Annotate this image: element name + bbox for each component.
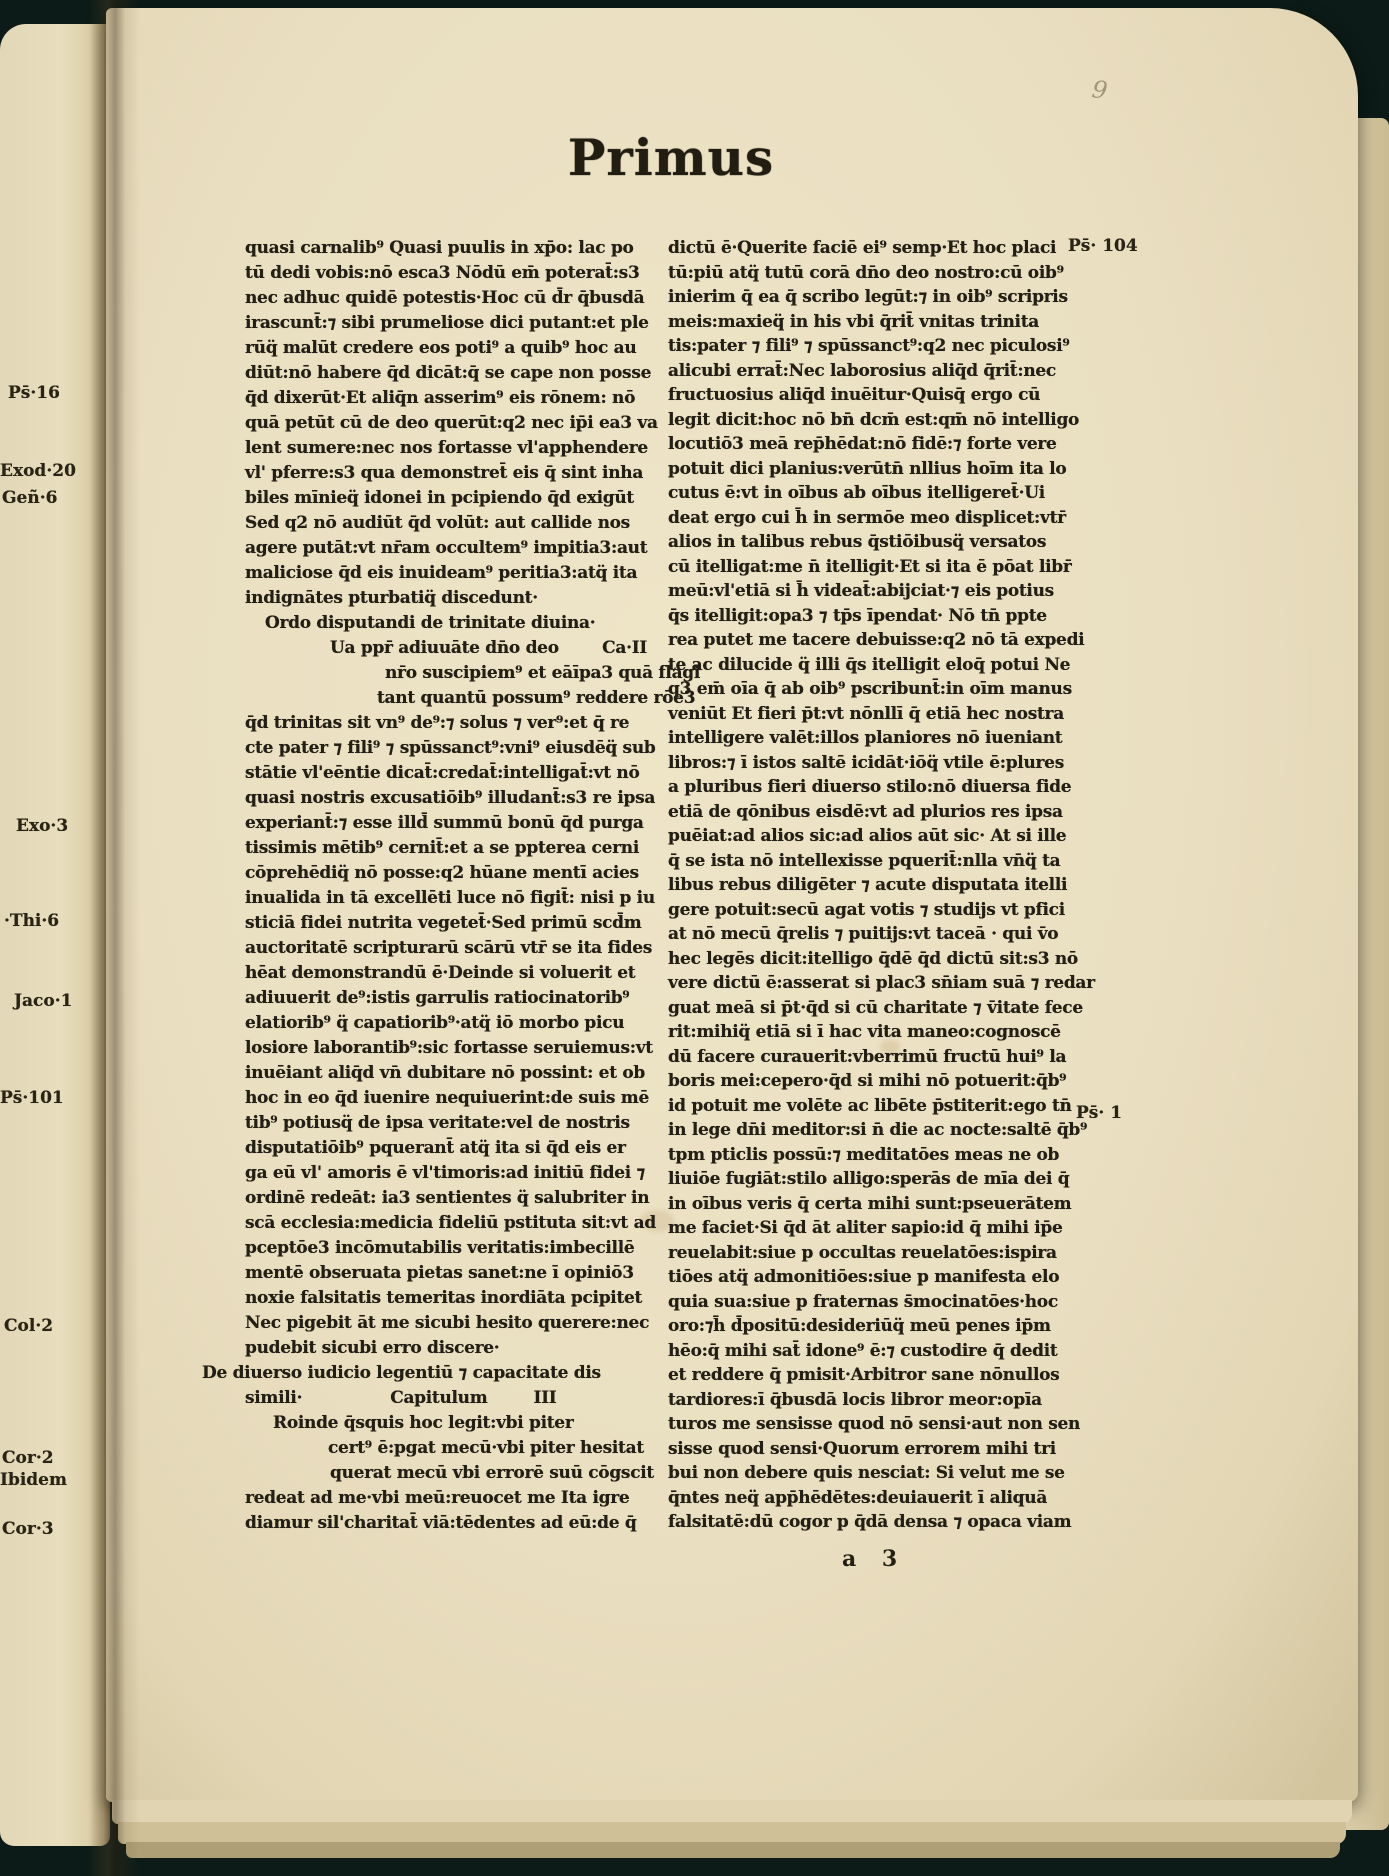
text-line: quasi carnalib⁹ Quasi puulis in xp̄o: la… <box>245 238 647 263</box>
line-text: adiuuerit de⁹:istis garrulis ratiocinato… <box>245 988 629 1008</box>
text-line: in lege dn̄i meditor:si n̄ die ac nocte:… <box>668 1120 1070 1145</box>
line-text: deat ergo cui h̄ in sermōe meo displicet… <box>668 508 1066 528</box>
text-line: Nec pigebit āt me sicubi hesito querere:… <box>245 1313 647 1338</box>
text-line: inuēiant aliq̄d vn̄ dubitare nō possint:… <box>245 1063 647 1088</box>
line-text: hec legēs dicit:itelligo q̄dē q̄d dictū … <box>668 949 1078 969</box>
text-line: hec legēs dicit:itelligo q̄dē q̄d dictū … <box>668 949 1070 974</box>
margin-citation: Cor·2 <box>2 1448 54 1468</box>
text-line: sticiā fidei nutrita vegetet̄·Sed primū … <box>245 913 647 938</box>
text-line: tib⁹ potiusq̈ de ipsa veritate:vel de no… <box>245 1113 647 1138</box>
line-text: oro:⁊h̄ d̄positū:desideriūq̈ meū penes i… <box>668 1316 1051 1336</box>
line-text: intelligere valēt:illos planiores nō iue… <box>668 728 1062 748</box>
scanned-book-page: Primus 9 quasi carnalib⁹ Quasi puulis in… <box>0 0 1389 1876</box>
line-text: q̄d dixerūt·Et aliq̄n asserim⁹ eis rōnem… <box>245 388 635 408</box>
text-line: fructuosius aliq̄d inuēitur·Quisq̄ ergo … <box>668 385 1070 410</box>
line-text: ordinē redeāt: ia3 sentientes q̈ salubri… <box>245 1188 649 1208</box>
margin-citation: Col·2 <box>4 1316 53 1336</box>
line-text: Sed q2 nō audiūt q̄d volūt: aut callide … <box>245 513 630 533</box>
line-text: biles mīnieq̈ idonei in pcipiendo q̄d ex… <box>245 488 634 508</box>
text-line: reuelabit:siue p occultas reuelatōes:isp… <box>668 1243 1070 1268</box>
line-text: dictū ē·Querite faciē ei⁹ semp·Et hoc pl… <box>668 238 1056 258</box>
line-text: boris mei:cepero·q̄d si mihi nō potuerit… <box>668 1071 1066 1091</box>
page-edge-stack <box>126 1842 1340 1858</box>
margin-citation: Ps̄· 1 <box>1076 1103 1122 1123</box>
line-text: q̄d trinitas sit vn⁹ de⁹:⁊ solus ⁊ ver⁹:… <box>245 713 629 733</box>
line-text: legit dicit:hoc nō bn̄ dcm̄ est:qm̄ nō i… <box>668 410 1079 430</box>
text-line: etiā de qōnibus eisdē:vt ad plurios res … <box>668 802 1070 827</box>
line-text: inierim q̄ ea q̄ scribo legūt:⁊ in oib⁹ … <box>668 287 1068 307</box>
text-line: De diuerso iudicio legentiū ⁊ capacitate… <box>202 1363 647 1388</box>
line-text: tū dedi vobis:nō esca3 Nōdū em̄ poterat̄… <box>245 263 639 283</box>
text-line: libros:⁊ ī istos saltē icidāt·iōq̈ vtile… <box>668 753 1070 778</box>
text-line: puēiat:ad alios sic:ad alios aūt sic· At… <box>668 826 1070 851</box>
text-line: experiant̄:⁊ esse illd̄ summū bonū q̄d p… <box>245 813 647 838</box>
line-text: pceptōe3 incōmutabilis veritatis:imbecil… <box>245 1238 634 1258</box>
line-text: cōprehēdiq̈ nō posse:q2 hūane mentī acie… <box>245 863 639 883</box>
line-text: libus rebus diligēter ⁊ acute disputata … <box>668 875 1067 895</box>
text-line: biles mīnieq̈ idonei in pcipiendo q̄d ex… <box>245 488 647 513</box>
line-text: vere dictū ē:asserat si plac3 sn̄iam suā… <box>668 973 1095 993</box>
text-line: oro:⁊h̄ d̄positū:desideriūq̈ meū penes i… <box>668 1316 1070 1341</box>
line-text: potuit dici planius:verūtn̄ nllius hoīm … <box>668 459 1066 479</box>
text-line: me faciet·Si q̄d āt aliter sapio:id q̄ m… <box>668 1218 1070 1243</box>
text-line: diamur sil'charitat̄ viā:tēdentes ad eū:… <box>245 1513 647 1538</box>
text-line: falsitatē:dū cogor p q̄dā densa ⁊ opaca … <box>668 1512 1070 1537</box>
text-line: te ac dilucide q̈ illi q̄s itelligit elo… <box>668 655 1070 680</box>
text-line: hoc in eo q̄d iuenire nequiuerint:de sui… <box>245 1088 647 1113</box>
text-line: a pluribus fieri diuerso stilo:nō diuers… <box>668 777 1070 802</box>
text-line: q̄ se ista nō intellexisse pquerit̄:nlla… <box>668 851 1070 876</box>
text-line: cōprehēdiq̈ nō posse:q2 hūane mentī acie… <box>245 863 647 888</box>
line-text: maliciose q̄d eis inuideam⁹ peritia3:atq… <box>245 563 637 583</box>
text-line: tū:piū atq̈ tutū corā dn̄o deo nostro:cū… <box>668 263 1070 288</box>
text-line: tissimis mētib⁹ cernit̄:et a se ppterea … <box>245 838 647 863</box>
text-line: pceptōe3 incōmutabilis veritatis:imbecil… <box>245 1238 647 1263</box>
line-text: losiore laborantib⁹:sic fortasse seruiem… <box>245 1038 653 1058</box>
line-text: scā ecclesia:medicia fideliū pstituta si… <box>245 1213 656 1233</box>
text-line: stātie vl'eēntie dicat̄:credat̄:intellig… <box>245 763 647 788</box>
line-text: experiant̄:⁊ esse illd̄ summū bonū q̄d p… <box>245 813 644 833</box>
line-text: tardiores:ī q̄busdā locis libror meor:op… <box>668 1390 1042 1410</box>
text-line: Roinde q̄squis hoc legit:vbi piter <box>273 1413 647 1438</box>
line-text: lent sumere:nec nos fortasse vl'apphende… <box>245 438 648 458</box>
line-text: Ordo disputandi de trinitate diuina· <box>265 613 595 633</box>
text-line: turos me sensisse quod nō sensi·aut non … <box>668 1414 1070 1439</box>
text-line: auctoritatē scripturarū scārū vtr̄ se it… <box>245 938 647 963</box>
line-text: at nō mecū q̄relis ⁊ puitijs:vt taceā · … <box>668 924 1058 944</box>
text-line: rea putet me tacere debuisse:q2 nō tā ex… <box>668 630 1070 655</box>
line-text: hoc in eo q̄d iuenire nequiuerint:de sui… <box>245 1088 649 1108</box>
text-line: irascunt̄:⁊ sibi prumeliose dici putant:… <box>245 313 647 338</box>
text-line: ga eū vl' amoris ē vl'timoris:ad initiū … <box>245 1163 647 1188</box>
text-line: Ua ppr̄ adiuuāte dn̄o deoCa·II <box>330 638 647 663</box>
line-text: rūq̈ malūt credere eos poti⁹ a quib⁹ hoc… <box>245 338 636 358</box>
text-line: intelligere valēt:illos planiores nō iue… <box>668 728 1070 753</box>
left-text-column: quasi carnalib⁹ Quasi puulis in xp̄o: la… <box>245 238 647 1538</box>
line-text: rea putet me tacere debuisse:q2 nō tā ex… <box>668 630 1084 650</box>
page-edge-stack <box>112 1800 1352 1824</box>
line-text: inuēiant aliq̄d vn̄ dubitare nō possint:… <box>245 1063 645 1083</box>
line-text: alios in talibus rebus q̄stiōibusq̈ vers… <box>668 532 1046 552</box>
line-text: guat meā si p̄t·q̄d si cū charitate ⁊ v̄… <box>668 998 1083 1018</box>
line-text: sisse quod sensi·Quorum errorem mihi tri <box>668 1439 1056 1459</box>
line-text: tant quantū possum⁹ reddere rōe3 <box>377 688 695 708</box>
line-text: tissimis mētib⁹ cernit̄:et a se ppterea … <box>245 838 639 858</box>
line-text: falsitatē:dū cogor p q̄dā densa ⁊ opaca … <box>668 1512 1071 1532</box>
line-text: reuelabit:siue p occultas reuelatōes:isp… <box>668 1243 1057 1263</box>
line-text: ga eū vl' amoris ē vl'timoris:ad initiū … <box>245 1163 645 1183</box>
margin-citation: Ps̄·16 <box>8 383 60 403</box>
text-line: lent sumere:nec nos fortasse vl'apphende… <box>245 438 647 463</box>
text-line: ordinē redeāt: ia3 sentientes q̈ salubri… <box>245 1188 647 1213</box>
text-line: meū:vl'etiā si h̄ videat̄:abijciat·⁊ eis… <box>668 581 1070 606</box>
line-text: meū:vl'etiā si h̄ videat̄:abijciat·⁊ eis… <box>668 581 1054 601</box>
line-text: rit:mihiq̈ etiā si ī hac vita maneo:cogn… <box>668 1022 1061 1042</box>
line-text: q3 em̄ oīa q̄ ab oib⁹ pscribunt̄:in oīm … <box>668 679 1072 699</box>
text-line: libus rebus diligēter ⁊ acute disputata … <box>668 875 1070 900</box>
text-line: quasi nostris excusatiōib⁹ illudant̄:s3 … <box>245 788 647 813</box>
text-line: q̄d dixerūt·Et aliq̄n asserim⁹ eis rōnem… <box>245 388 647 413</box>
line-text: redeat ad me·vbi meū:reuocet me Ita igre <box>245 1488 629 1508</box>
gutter-shadow <box>88 0 140 1876</box>
text-line: bui non debere quis nesciat: Si velut me… <box>668 1463 1070 1488</box>
text-line: nr̄o suscipiem⁹ et eāīpa3 quā flagi <box>385 663 647 688</box>
page-edge-stack <box>118 1822 1346 1844</box>
text-line: sisse quod sensi·Quorum errorem mihi tri <box>668 1439 1070 1464</box>
text-line: potuit dici planius:verūtn̄ nllius hoīm … <box>668 459 1070 484</box>
text-line: tis:pater ⁊ fili⁹ ⁊ spūssanct⁹:q2 nec pi… <box>668 336 1070 361</box>
text-line: indignātes pturbatiq̈ discedunt· <box>245 588 647 613</box>
margin-citation: Ps̄·101 <box>0 1088 64 1108</box>
text-line: cutus ē:vt in oībus ab oībus itelligeret… <box>668 483 1070 508</box>
line-text: cte pater ⁊ fili⁹ ⁊ spūssanct⁹:vni⁹ eius… <box>245 738 655 758</box>
text-line: querat mecū vbi errorē suū cōgscit <box>330 1463 647 1488</box>
line-text: irascunt̄:⁊ sibi prumeliose dici putant:… <box>245 313 649 333</box>
text-line: alios in talibus rebus q̄stiōibusq̈ vers… <box>668 532 1070 557</box>
text-line: et reddere q̄ pmisit·Arbitror sane nōnul… <box>668 1365 1070 1390</box>
text-line: q̄ntes neq̈ app̄hēdētes:deuiauerit ī ali… <box>668 1488 1070 1513</box>
text-line: cū itelligat:me n̄ itelligit·Et si ita ē… <box>668 557 1070 582</box>
line-text: De diuerso iudicio legentiū ⁊ capacitate… <box>202 1363 601 1383</box>
text-line: elatiorib⁹ q̈ capatiorib⁹·atq̈ iō morbo … <box>245 1013 647 1038</box>
line-text: q̄ se ista nō intellexisse pquerit̄:nlla… <box>668 851 1060 871</box>
line-text: me faciet·Si q̄d āt aliter sapio:id q̄ m… <box>668 1218 1063 1238</box>
line-text: Roinde q̄squis hoc legit:vbi piter <box>273 1413 573 1433</box>
line-text: in lege dn̄i meditor:si n̄ die ac nocte:… <box>668 1120 1087 1140</box>
line-text: hēo:q̄ mihi sat̄ idone⁹ ē:⁊ custodire q̄… <box>668 1341 1057 1361</box>
line-text: disputatiōib⁹ pquerant̄ atq̈ ita si q̄d … <box>245 1138 626 1158</box>
line-text: dū facere curauerit:vberrimū fructū hui⁹… <box>668 1047 1066 1067</box>
text-line: q̄d trinitas sit vn⁹ de⁹:⁊ solus ⁊ ver⁹:… <box>245 713 647 738</box>
text-line: guat meā si p̄t·q̄d si cū charitate ⁊ v̄… <box>668 998 1070 1023</box>
line-text: cert⁹ ē:pgat mecū·vbi piter hesitat <box>328 1438 644 1458</box>
line-text: locutiō3 meā rep̄hēdat:nō fidē:⁊ forte v… <box>668 434 1057 454</box>
line-text: veniūt Et fieri p̄t:vt nōnllī q̄ etiā he… <box>668 704 1064 724</box>
line-text: puēiat:ad alios sic:ad alios aūt sic· At… <box>668 826 1066 846</box>
margin-citation: Ibidem <box>0 1470 67 1490</box>
text-line: veniūt Et fieri p̄t:vt nōnllī q̄ etiā he… <box>668 704 1070 729</box>
text-line: rūq̈ malūt credere eos poti⁹ a quib⁹ hoc… <box>245 338 647 363</box>
line-text: agere putāt:vt nr̄am occultem⁹ impitia3:… <box>245 538 647 558</box>
signature-mark: a 3 <box>842 1546 906 1572</box>
text-line: vl' pferre:s3 qua demonstret̄ eis q̄ sin… <box>245 463 647 488</box>
line-text: bui non debere quis nesciat: Si velut me… <box>668 1463 1065 1483</box>
text-line: legit dicit:hoc nō bn̄ dcm̄ est:qm̄ nō i… <box>668 410 1070 435</box>
text-line: agere putāt:vt nr̄am occultem⁹ impitia3:… <box>245 538 647 563</box>
line-text: tiōes atq̈ admonitiōes:siue p manifesta … <box>668 1267 1059 1287</box>
text-line: quia sua:siue p fraternas s̄mocinatōes·h… <box>668 1292 1070 1317</box>
line-text: tis:pater ⁊ fili⁹ ⁊ spūssanct⁹:q2 nec pi… <box>668 336 1070 356</box>
line-text: nec adhuc quidē potestis·Hoc cū d̄r q̄bu… <box>245 288 644 308</box>
text-line: Ordo disputandi de trinitate diuina· <box>265 613 647 638</box>
text-line: maliciose q̄d eis inuideam⁹ peritia3:atq… <box>245 563 647 588</box>
line-text: alicubi errat̄:Nec laborosius aliq̄d q̄r… <box>668 361 1056 381</box>
margin-citation: Ps̄· 104 <box>1068 236 1138 256</box>
running-title: Primus <box>566 128 776 187</box>
text-line: inualida in tā excellēti luce nō figit̄:… <box>245 888 647 913</box>
margin-citation: Exod·20 <box>0 461 76 481</box>
line-text: querat mecū vbi errorē suū cōgscit <box>330 1463 654 1483</box>
text-line: pudebit sicubi erro discere· <box>245 1338 647 1363</box>
line-text: tū:piū atq̈ tutū corā dn̄o deo nostro:cū… <box>668 263 1064 283</box>
text-line: redeat ad me·vbi meū:reuocet me Ita igre <box>245 1488 647 1513</box>
text-line: rit:mihiq̈ etiā si ī hac vita maneo:cogn… <box>668 1022 1070 1047</box>
line-text: a pluribus fieri diuerso stilo:nō diuers… <box>668 777 1071 797</box>
right-text-column: dictū ē·Querite faciē ei⁹ semp·Et hoc pl… <box>668 238 1070 1537</box>
line-text: diūt:nō habere q̄d dicāt:q̄ se cape non … <box>245 363 651 383</box>
heading-part: III <box>533 1388 556 1413</box>
heading-part: Capitulum <box>390 1388 487 1413</box>
text-line: inierim q̄ ea q̄ scribo legūt:⁊ in oib⁹ … <box>668 287 1070 312</box>
line-text: etiā de qōnibus eisdē:vt ad plurios res … <box>668 802 1063 822</box>
text-line: nec adhuc quidē potestis·Hoc cū d̄r q̄bu… <box>245 288 647 313</box>
text-line: tardiores:ī q̄busdā locis libror meor:op… <box>668 1390 1070 1415</box>
line-text: cutus ē:vt in oībus ab oībus itelligeret… <box>668 483 1045 503</box>
line-text: id potuit me volēte ac libēte p̄stiterit… <box>668 1096 1072 1116</box>
text-line: vere dictū ē:asserat si plac3 sn̄iam suā… <box>668 973 1070 998</box>
text-line: hēat demonstrandū ē·Deinde si voluerit e… <box>245 963 647 988</box>
text-line: q̄s itelligit:opa3 ⁊ tp̄s īpendat· Nō tn… <box>668 606 1070 631</box>
line-text: in oībus veris q̄ certa mihi sunt:pseuer… <box>668 1194 1071 1214</box>
line-text: inualida in tā excellēti luce nō figit̄:… <box>245 888 655 908</box>
text-line: liuiōe fugiāt:stilo alligo:sperās de mīa… <box>668 1169 1070 1194</box>
line-text: quia sua:siue p fraternas s̄mocinatōes·h… <box>668 1292 1058 1312</box>
line-text: q̄s itelligit:opa3 ⁊ tp̄s īpendat· Nō tn… <box>668 606 1047 626</box>
margin-citation: ·Thi·6 <box>4 911 59 931</box>
text-line: cert⁹ ē:pgat mecū·vbi piter hesitat <box>328 1438 647 1463</box>
chapter-label: Ca·II <box>602 638 647 663</box>
text-line: noxie falsitatis temeritas inordiāta pci… <box>245 1288 647 1313</box>
margin-citation: Exo·3 <box>16 816 68 836</box>
line-text: noxie falsitatis temeritas inordiāta pci… <box>245 1288 642 1308</box>
text-line: boris mei:cepero·q̄d si mihi nō potuerit… <box>668 1071 1070 1096</box>
text-line: disputatiōib⁹ pquerant̄ atq̈ ita si q̄d … <box>245 1138 647 1163</box>
line-text: pudebit sicubi erro discere· <box>245 1338 499 1358</box>
text-line: diūt:nō habere q̄d dicāt:q̄ se cape non … <box>245 363 647 388</box>
text-line: meis:maxieq̈ in his vbi q̄rit̄ vnitas tr… <box>668 312 1070 337</box>
text-line: mentē obseruata pietas sanet:ne ī opiniō… <box>245 1263 647 1288</box>
line-text: cū itelligat:me n̄ itelligit·Et si ita ē… <box>668 557 1072 577</box>
line-text: q̄ntes neq̈ app̄hēdētes:deuiauerit ī ali… <box>668 1488 1047 1508</box>
text-line: adiuuerit de⁹:istis garrulis ratiocinato… <box>245 988 647 1013</box>
text-line: tant quantū possum⁹ reddere rōe3 <box>377 688 647 713</box>
text-line: Sed q2 nō audiūt q̄d volūt: aut callide … <box>245 513 647 538</box>
heading-part: simili· <box>245 1388 302 1413</box>
text-line: scā ecclesia:medicia fideliū pstituta si… <box>245 1213 647 1238</box>
line-text: indignātes pturbatiq̈ discedunt· <box>245 588 538 608</box>
line-text: tib⁹ potiusq̈ de ipsa veritate:vel de no… <box>245 1113 630 1133</box>
text-line: losiore laborantib⁹:sic fortasse seruiem… <box>245 1038 647 1063</box>
text-line: dictū ē·Querite faciē ei⁹ semp·Et hoc pl… <box>668 238 1070 263</box>
text-line: quā petūt cū de deo querūt:q2 nec ip̄i e… <box>245 413 647 438</box>
line-text: libros:⁊ ī istos saltē icidāt·iōq̈ vtile… <box>668 753 1064 773</box>
line-text: auctoritatē scripturarū scārū vtr̄ se it… <box>245 938 652 958</box>
line-text: vl' pferre:s3 qua demonstret̄ eis q̄ sin… <box>245 463 643 483</box>
text-line: gere potuit:secū agat votis ⁊ studijs vt… <box>668 900 1070 925</box>
line-text: gere potuit:secū agat votis ⁊ studijs vt… <box>668 900 1065 920</box>
line-text: hēat demonstrandū ē·Deinde si voluerit e… <box>245 963 635 983</box>
line-text: Nec pigebit āt me sicubi hesito querere:… <box>245 1313 649 1333</box>
text-line: cte pater ⁊ fili⁹ ⁊ spūssanct⁹:vni⁹ eius… <box>245 738 647 763</box>
line-text: mentē obseruata pietas sanet:ne ī opiniō… <box>245 1263 634 1283</box>
text-line: tiōes atq̈ admonitiōes:siue p manifesta … <box>668 1267 1070 1292</box>
text-line: tū dedi vobis:nō esca3 Nōdū em̄ poterat̄… <box>245 263 647 288</box>
text-line: id potuit me volēte ac libēte p̄stiterit… <box>668 1096 1070 1121</box>
line-text: nr̄o suscipiem⁹ et eāīpa3 quā flagi <box>385 663 700 683</box>
line-text: sticiā fidei nutrita vegetet̄·Sed primū … <box>245 913 641 933</box>
line-text: fructuosius aliq̄d inuēitur·Quisq̄ ergo … <box>668 385 1040 405</box>
line-text: et reddere q̄ pmisit·Arbitror sane nōnul… <box>668 1365 1059 1385</box>
line-text: turos me sensisse quod nō sensi·aut non … <box>668 1414 1080 1434</box>
text-line: tpm pticlis possū:⁊ meditatōes meas ne o… <box>668 1145 1070 1170</box>
margin-citation: Jaco·1 <box>14 991 73 1011</box>
line-text: quā petūt cū de deo querūt:q2 nec ip̄i e… <box>245 413 658 433</box>
text-line: locutiō3 meā rep̄hēdat:nō fidē:⁊ forte v… <box>668 434 1070 459</box>
text-line: in oībus veris q̄ certa mihi sunt:pseuer… <box>668 1194 1070 1219</box>
line-text: te ac dilucide q̈ illi q̄s itelligit elo… <box>668 655 1070 675</box>
line-text: quasi nostris excusatiōib⁹ illudant̄:s3 … <box>245 788 655 808</box>
line-text: liuiōe fugiāt:stilo alligo:sperās de mīa… <box>668 1169 1069 1189</box>
text-line: alicubi errat̄:Nec laborosius aliq̄d q̄r… <box>668 361 1070 386</box>
text-line: q3 em̄ oīa q̄ ab oib⁹ pscribunt̄:in oīm … <box>668 679 1070 704</box>
line-text: tpm pticlis possū:⁊ meditatōes meas ne o… <box>668 1145 1059 1165</box>
text-line: hēo:q̄ mihi sat̄ idone⁹ ē:⁊ custodire q̄… <box>668 1341 1070 1366</box>
text-line: deat ergo cui h̄ in sermōe meo displicet… <box>668 508 1070 533</box>
line-text: Ua ppr̄ adiuuāte dn̄o deo <box>330 638 559 663</box>
line-text: elatiorib⁹ q̈ capatiorib⁹·atq̈ iō morbo … <box>245 1013 624 1033</box>
text-line: at nō mecū q̄relis ⁊ puitijs:vt taceā · … <box>668 924 1070 949</box>
line-text: stātie vl'eēntie dicat̄:credat̄:intellig… <box>245 763 640 783</box>
chapter-heading-line: simili·CapitulumIII <box>245 1388 647 1413</box>
line-text: meis:maxieq̈ in his vbi q̄rit̄ vnitas tr… <box>668 312 1039 332</box>
line-text: quasi carnalib⁹ Quasi puulis in xp̄o: la… <box>245 238 634 258</box>
margin-citation: Cor·3 <box>2 1519 54 1539</box>
line-text: diamur sil'charitat̄ viā:tēdentes ad eū:… <box>245 1513 636 1533</box>
margin-citation: Geñ·6 <box>2 488 57 508</box>
text-line: dū facere curauerit:vberrimū fructū hui⁹… <box>668 1047 1070 1072</box>
